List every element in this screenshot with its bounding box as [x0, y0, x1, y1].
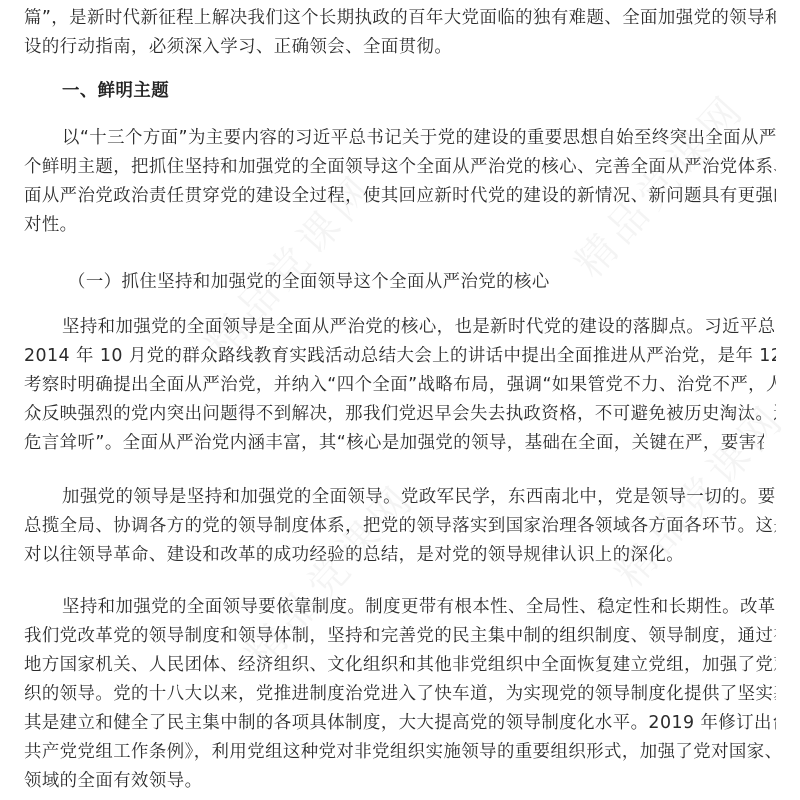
- paragraph-line: 危言耸听”。全面从严治党内涵丰富，其“核心是加强党的领导，基础在全面，关键在严，…: [24, 429, 764, 458]
- paragraph-line: 对以往领导革命、建设和改革的成功经验的总结，是对党的领导规律认识上的深化。: [24, 541, 776, 570]
- paragraph-line: 面从严治党政治责任贯穿党的建设全过程，使其回应新时代党的建设的新情况、新问题具有…: [24, 182, 776, 211]
- paragraph-line: 对性。: [24, 211, 776, 240]
- intro-line: 篇”，是新时代新征程上解决我们这个长期执政的百年大党面临的独有难题、全面加强党的…: [24, 4, 776, 33]
- paragraph-line: 其是建立和健全了民主集中制的各项具体制度，大大提高党的领导制度化水平。2019 …: [24, 709, 776, 738]
- intro-line: 设的行动指南，必须深入学习、正确领会、全面贯彻。: [24, 33, 776, 62]
- paragraph-line: 加强党的领导是坚持和加强党的全面领导。党政军民学，东西南北中，党是领导一切的。要…: [62, 483, 776, 512]
- paragraph-line: 个鲜明主题，把抓住坚持和加强党的全面领导这个全面从严治党的核心、完善全面从严治党…: [24, 153, 776, 182]
- paragraph-line: 众反映强烈的党内突出问题得不到解决，那我们党迟早会失去执政资格，不可避免被历史淘…: [24, 400, 776, 429]
- subsection-heading: （一）抓住坚持和加强党的全面领导这个全面从严治党的核心: [68, 268, 800, 297]
- paragraph-line: 共产党党组工作条例》，利用党组这种党对非党组织实施领导的重要组织形式，加强了党对…: [24, 738, 776, 767]
- paragraph-line: 坚持和加强党的全面领导要依靠制度。制度更带有根本性、全局性、稳定性和长期性。改革…: [62, 593, 776, 622]
- paragraph-line: 坚持和加强党的全面领导是全面从严治党的核心，也是新时代党的建设的落脚点。习近平总…: [62, 313, 776, 342]
- paragraph-line: 我们党改革党的领导制度和领导体制，坚持和完善党的民主集中制的组织制度、领导制度，…: [24, 622, 776, 651]
- paragraph-line: 织的领导。党的十八大以来，党推进制度治党进入了快车道，为实现党的领导制度化提供了…: [24, 680, 776, 709]
- document-page: 精品党课网 精品党课网 精品党课网 精品党课网 篇”，是新时代新征程上解决我们这…: [0, 0, 800, 800]
- section-heading: 一、鲜明主题: [62, 77, 800, 106]
- paragraph-line: 考察时明确提出全面从严治党，并纳入“四个全面”战略布局，强调“如果管党不力、治党…: [24, 371, 776, 400]
- paragraph-line: 地方国家机关、人民团体、经济组织、文化组织和其他非党组织中全面恢复建立党组，加强…: [24, 651, 776, 680]
- paragraph-line: 2014 年 10 月党的群众路线教育实践活动总结大会上的讲话中提出全面推进从严…: [24, 342, 776, 371]
- paragraph-line: 以“十三个方面”为主要内容的习近平总书记关于党的建设的重要思想自始至终突出全面从…: [62, 124, 776, 153]
- paragraph-line: 领域的全面有效领导。: [24, 767, 776, 796]
- paragraph-line: 总揽全局、协调各方的党的领导制度体系，把党的领导落实到国家治理各领域各方面各环节…: [24, 512, 776, 541]
